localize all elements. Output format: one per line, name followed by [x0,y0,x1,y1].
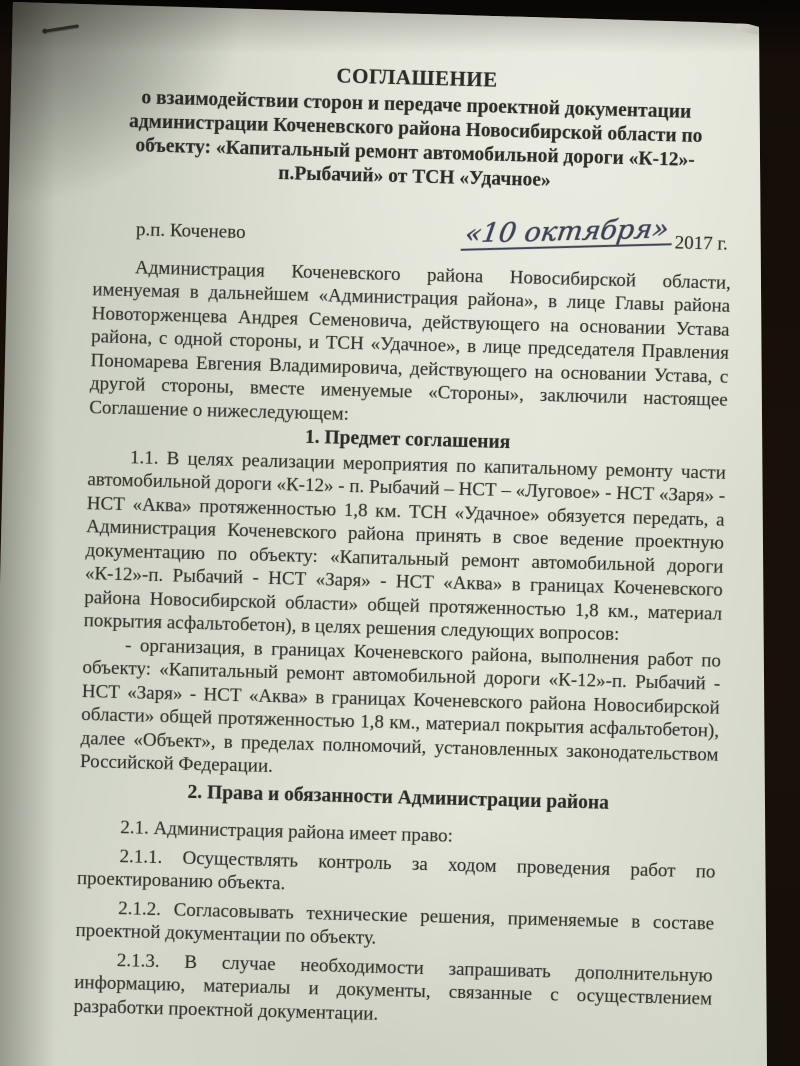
photo-background: СОГЛАШЕНИЕ о взаимодействии сторон и пер… [0,0,800,1066]
handwritten-date: «10 октября» [461,216,677,251]
document-content: СОГЛАШЕНИЕ о взаимодействии сторон и пер… [0,0,800,1036]
paragraph-2-1-3: 2.1.3. В случае необходимости запрашиват… [73,947,713,1034]
place-name: р.п. Коченево [136,218,246,244]
preamble-paragraph: Администрация Коченевского района Новоси… [89,255,731,436]
paper-sheet: СОГЛАШЕНИЕ о взаимодействии сторон и пер… [0,0,800,1066]
date-line: «10 октября»2017 г. [461,221,728,257]
paragraph-1-1: 1.1. В целях реализации мероприятия по к… [83,445,726,650]
document-subtitle: о взаимодействии сторон и передаче проек… [102,85,729,197]
date-year: 2017 г. [674,232,728,254]
paragraph-organization: - организация, в границах Коченевского р… [80,633,721,791]
place-date-row: р.п. Коченево «10 октября»2017 г. [94,201,733,258]
